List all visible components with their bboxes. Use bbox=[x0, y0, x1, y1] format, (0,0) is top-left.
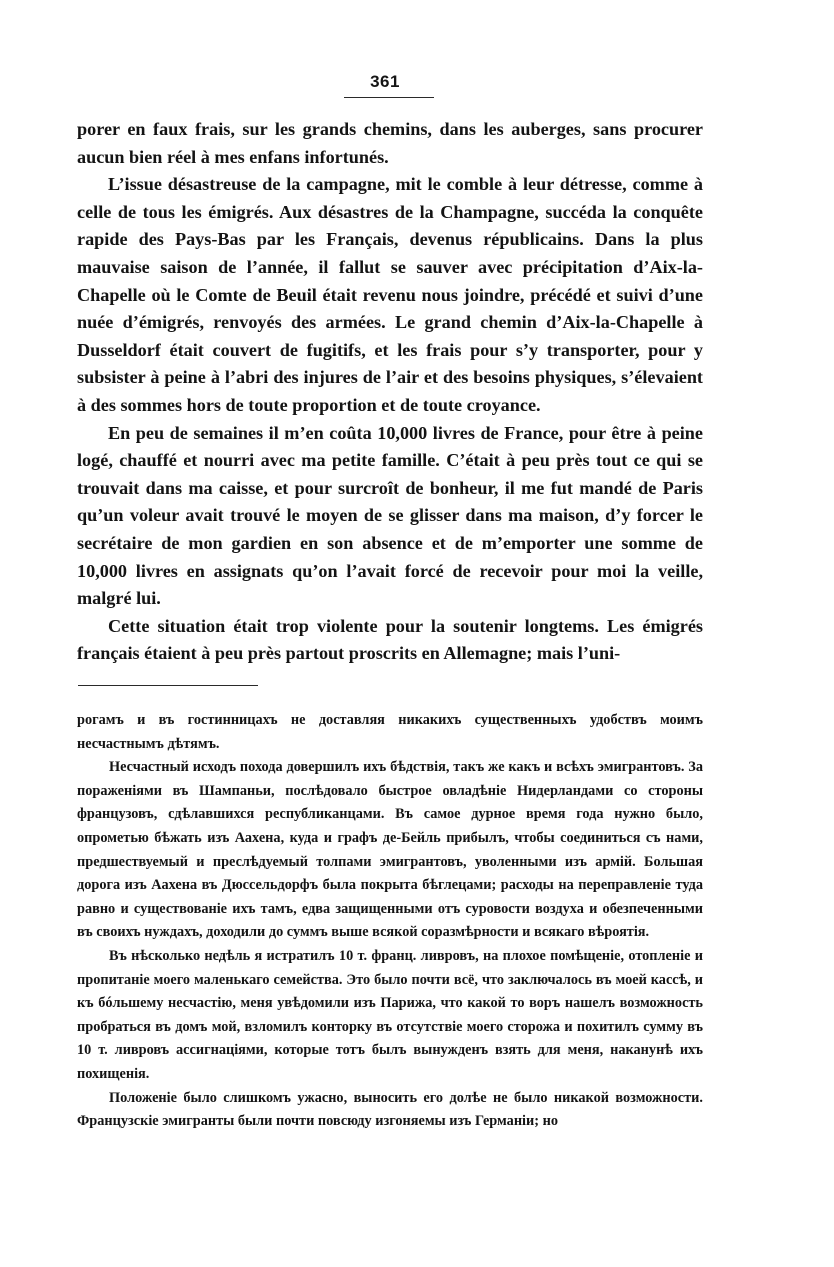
page-number: 361 bbox=[340, 72, 430, 92]
footnote-separator-rule bbox=[78, 685, 258, 686]
main-paragraph: porer en faux frais, sur les grands chem… bbox=[77, 116, 703, 171]
main-paragraph: En peu de semaines il m’en coûta 10,000 … bbox=[77, 420, 703, 613]
main-paragraph: Cette situation était trop violente pour… bbox=[77, 613, 703, 668]
main-text-body: porer en faux frais, sur les grands chem… bbox=[77, 116, 703, 668]
page-number-rule bbox=[344, 97, 434, 98]
main-paragraph: L’issue désastreuse de la campagne, mit … bbox=[77, 171, 703, 419]
footnote-paragraph: рогамъ и въ гостинницахъ не доставляя ни… bbox=[77, 709, 703, 756]
footnote-paragraph: Положеніе было слишкомъ ужасно, выносить… bbox=[77, 1087, 703, 1134]
footnote-translation: рогамъ и въ гостинницахъ не доставляя ни… bbox=[77, 709, 703, 1134]
footnote-paragraph: Въ нѣсколько недѣль я истратилъ 10 т. фр… bbox=[77, 945, 703, 1087]
footnote-paragraph: Несчастный исходъ похода довершилъ ихъ б… bbox=[77, 756, 703, 945]
